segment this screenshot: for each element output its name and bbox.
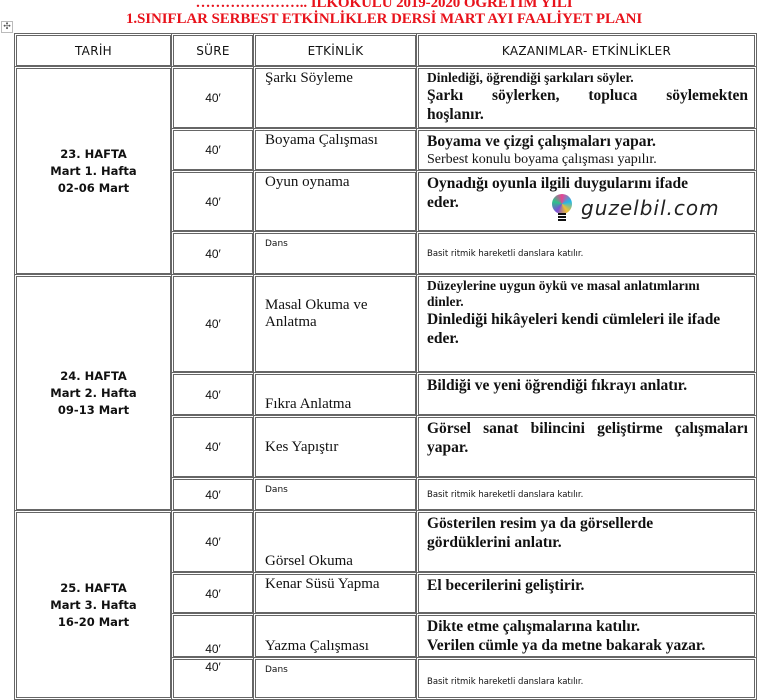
month-week-label: Mart 2. Hafta (50, 385, 136, 402)
duration-cell: 40′ (171, 613, 255, 659)
duration-cell: 40′ (171, 128, 255, 172)
week-25-cell: 25. HAFTA Mart 3. Hafta 16-20 Mart (14, 510, 173, 700)
outcome-cell: Dikte etme çalışmalarına katılır. Verile… (416, 613, 757, 659)
outcome-line: Dinlediği hikâyeleri kendi cümleleri ile… (427, 310, 748, 329)
header-tarih: TARİH (14, 33, 173, 68)
outcome-line: Dikte etme çalışmalarına katılır. (427, 617, 748, 636)
outcome-cell: El becerilerini geliştirir. (416, 572, 757, 615)
week-label: 25. HAFTA (60, 580, 127, 597)
activity-cell: Oyun oynama (253, 170, 418, 233)
week-label: 23. HAFTA (60, 146, 127, 163)
watermark-text: guzelbil.com (581, 196, 720, 220)
school-title: ………………….. İLKOKULU 2019-2020 ÖĞRETİM YIL… (0, 0, 768, 11)
header-sure: SÜRE (171, 33, 255, 68)
duration-cell: 40′ (171, 66, 255, 130)
month-week-label: Mart 1. Hafta (50, 163, 136, 180)
outcome-cell: Bildiği ve yeni öğrendiği fıkrayı anlatı… (416, 372, 757, 417)
outcome-line: eder. (427, 329, 748, 348)
outcome-line: Şarkı söylerken, topluca söylemekten (427, 86, 748, 105)
duration-cell: 40′ (171, 572, 255, 615)
outcome-line: Bildiği ve yeni öğrendiği fıkrayı anlatı… (427, 376, 748, 395)
move-icon[interactable]: ✣ (1, 21, 13, 33)
duration-cell: 40′ (171, 510, 255, 574)
watermark-logo: guzelbil.com (551, 194, 720, 222)
outcome-line: Oynadığı oyunla ilgili duygularını ifade (427, 174, 748, 193)
plan-table: TARİH SÜRE ETKİNLİK KAZANIMLAR- ETKİNLİK… (14, 33, 757, 700)
week-24-cell: 24. HAFTA Mart 2. Hafta 09-13 Mart (14, 274, 173, 512)
outcome-line: dinler. (427, 294, 748, 310)
outcome-line: Gösterilen resim ya da görsellerde (427, 514, 748, 533)
outcome-line: Verilen cümle ya da metne bakarak yazar. (427, 636, 748, 655)
outcome-line: Boyama ve çizgi çalışmaları yapar. (427, 132, 748, 151)
outcome-line: Görsel sanat bilincini geliştirme çalışm… (427, 419, 748, 438)
header-kazanimlar: KAZANIMLAR- ETKİNLİKLER (416, 33, 757, 68)
header-etkinlik: ETKİNLİK (253, 33, 418, 68)
outcome-cell: Basit ritmik hareketli danslara katılır. (416, 477, 757, 512)
activity-cell: Yazma Çalışması (253, 613, 418, 659)
activity-cell: Görsel Okuma (253, 510, 418, 574)
activity-cell: Dans (253, 231, 418, 276)
activity-cell: Şarkı Söyleme (253, 66, 418, 130)
activity-cell: Kenar Süsü Yapma (253, 572, 418, 615)
outcome-line: hoşlanır. (427, 105, 748, 124)
activity-cell: Fıkra Anlatma (253, 372, 418, 417)
outcome-line: Dinlediği, öğrendiği şarkıları söyler. (427, 70, 748, 86)
duration-cell: 40′ (171, 477, 255, 512)
activity-cell: Kes Yapıştır (253, 415, 418, 479)
outcome-cell: Gösterilen resim ya da görsellerde gördü… (416, 510, 757, 574)
week-23-cell: 23. HAFTA Mart 1. Hafta 02-06 Mart (14, 66, 173, 276)
duration-cell: 40′ (171, 170, 255, 233)
outcome-line: Düzeylerine uygun öykü ve masal anlatıml… (427, 278, 748, 294)
duration-cell: 40′ (171, 415, 255, 479)
activity-cell: Masal Okuma ve Anlatma (253, 274, 418, 374)
date-range: 16-20 Mart (58, 614, 129, 631)
duration-cell: 40′ (171, 372, 255, 417)
duration-cell: 40′ (171, 231, 255, 276)
outcome-cell: Görsel sanat bilincini geliştirme çalışm… (416, 415, 757, 479)
lightbulb-icon (551, 194, 573, 222)
outcome-cell: Basit ritmik hareketli danslara katılır. (416, 657, 757, 700)
activity-cell: Dans (253, 657, 418, 700)
outcome-line: yapar. (427, 438, 748, 457)
outcome-cell: Dinlediği, öğrendiği şarkıları söyler. Ş… (416, 66, 757, 130)
date-range: 09-13 Mart (58, 402, 129, 419)
week-label: 24. HAFTA (60, 368, 127, 385)
date-range: 02-06 Mart (58, 180, 129, 197)
activity-cell: Dans (253, 477, 418, 512)
duration-cell: 40′ (171, 274, 255, 374)
outcome-cell: Boyama ve çizgi çalışmaları yapar. Serbe… (416, 128, 757, 172)
outcome-cell: Basit ritmik hareketli danslara katılır. (416, 231, 757, 276)
outcome-cell: Düzeylerine uygun öykü ve masal anlatıml… (416, 274, 757, 374)
month-week-label: Mart 3. Hafta (50, 597, 136, 614)
activity-cell: Boyama Çalışması (253, 128, 418, 172)
outcome-line: El becerilerini geliştirir. (427, 576, 748, 595)
outcome-line: gördüklerini anlatır. (427, 533, 748, 552)
duration-cell: 40′ (171, 657, 255, 700)
plan-title: 1.SINIFLAR SERBEST ETKİNLİKLER DERSİ MAR… (0, 12, 768, 27)
outcome-line: Serbest konulu boyama çalışması yapılır. (427, 151, 748, 168)
